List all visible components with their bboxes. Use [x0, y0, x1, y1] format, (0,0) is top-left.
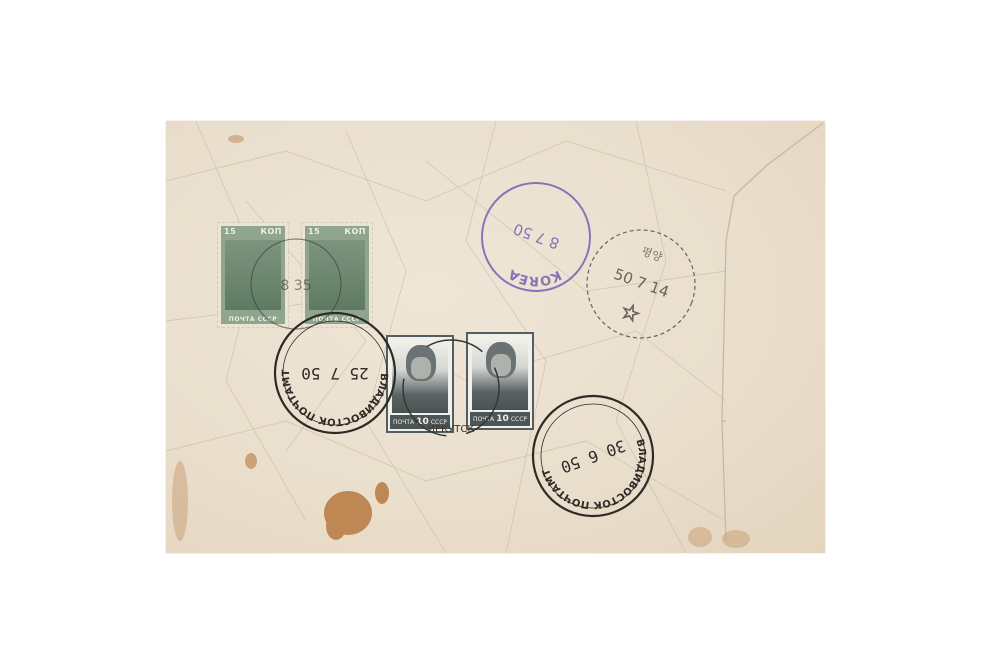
svg-text:30 6 50: 30 6 50 [558, 436, 628, 477]
postmark-korea-violet: KOREA 8 7 50 [467, 168, 605, 306]
postmarks-layer: ВЛАДИВОСТОК ПОЧТАМТ 25 7 50 ИРКУТСК 8 35… [166, 121, 825, 553]
star-icon: ☆ [617, 298, 644, 328]
svg-text:평양: 평양 [640, 244, 665, 265]
svg-text:ИРКУТСК: ИРКУТСК [428, 424, 475, 435]
postmark-on-green-stamps: 8 35 [251, 239, 341, 329]
postmark-vladivostok-1: ВЛАДИВОСТОК ПОЧТАМТ 25 7 50 [275, 313, 395, 433]
postmark-partial-center: ИРКУТСК [403, 340, 499, 436]
postmark-korean-dated: 평양 50 7 14 ☆ [572, 215, 710, 353]
svg-text:25 7 50: 25 7 50 [301, 364, 368, 383]
postmark-vladivostok-2: ВЛАДИВОСТОК ПОЧТАМТ 30 6 50 [516, 379, 670, 533]
envelope: 15КОП ПОЧТА СССР 15КОП ПОЧТА СССР ПОЧТА1… [166, 121, 825, 553]
svg-text:8 35: 8 35 [280, 278, 311, 294]
svg-text:50 7 14: 50 7 14 [611, 265, 671, 302]
svg-text:8 7 50: 8 7 50 [511, 219, 562, 252]
